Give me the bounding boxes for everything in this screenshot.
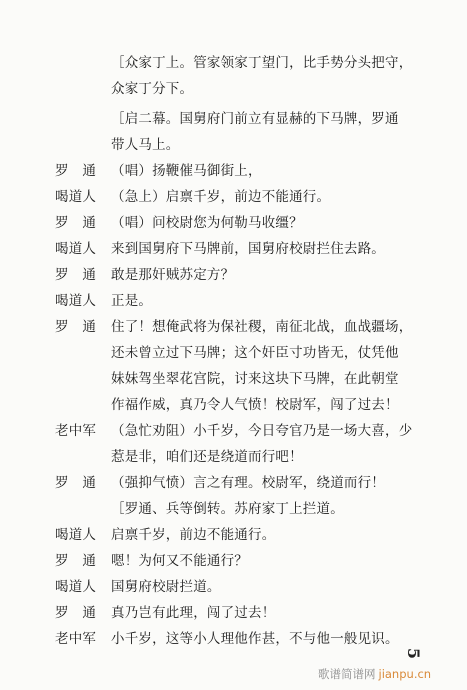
dialogue-line: （唱）扬鞭催马御街上，	[111, 162, 262, 180]
dialogue-line: 启禀千岁，前边不能通行。	[111, 526, 275, 544]
dialogue-line: 国舅府校尉拦道。	[111, 578, 221, 596]
page-number: 5	[404, 648, 423, 659]
watermark: 歌谱简谱网jianpu.cn	[318, 666, 431, 682]
dialogue-line: 正是。	[111, 292, 152, 310]
stage-direction: ［众家丁上。管家领家丁望门，比手势分头把守，	[111, 54, 412, 72]
stage-direction: 众家丁分下。	[111, 80, 193, 98]
stage-direction: 带人马上。	[111, 136, 180, 154]
speaker-label: 罗 通	[55, 266, 105, 284]
dialogue-line: 惹是非，咱们还是绕道而行吧！	[111, 448, 303, 466]
dialogue-line: （急上）启禀千岁，前边不能通行。	[111, 188, 330, 206]
speaker-label: 罗 通	[55, 318, 105, 336]
stage-direction: ［启二幕。国舅府门前立有显赫的下马牌，罗通	[111, 110, 399, 128]
watermark-cn: 歌谱简谱网	[318, 667, 376, 681]
dialogue-line: 还未曾立过下马牌；这个奸臣寸功皆无，仗凭他	[111, 344, 399, 362]
dialogue-line: 嗯！为何又不能通行？	[111, 552, 248, 570]
stage-direction: ［罗通、兵等倒转。苏府家丁上拦道。	[111, 500, 344, 518]
speaker-label: 喝道人	[55, 526, 105, 544]
speaker-label: 罗 通	[55, 214, 105, 232]
speaker-label: 罗 通	[55, 604, 105, 622]
speaker-label: 喝道人	[55, 188, 105, 206]
dialogue-line: 住了！想俺武将为保社稷，南征北战，血战疆场，	[111, 318, 412, 336]
dialogue-line: 来到国舅府下马牌前，国舅府校尉拦住去路。	[111, 240, 385, 258]
speaker-label: 罗 通	[55, 162, 105, 180]
speaker-label: 喝道人	[55, 292, 105, 310]
speaker-label: 喝道人	[55, 578, 105, 596]
speaker-label: 罗 通	[55, 474, 105, 492]
dialogue-line: 小千岁，这等小人理他作甚，不与他一般见识。	[111, 630, 399, 648]
dialogue-line: 妹妹驾坐翠花宫院，讨来这块下马牌，在此朝堂	[111, 370, 399, 388]
dialogue-line: （唱）问校尉您为何勒马收缰？	[111, 214, 303, 232]
dialogue-line: 敢是那奸贼苏定方？	[111, 266, 234, 284]
dialogue-line: 作福作威，真乃令人气愤！校尉军，闯了过去！	[111, 396, 399, 414]
speaker-label: 老中军	[55, 422, 105, 440]
speaker-label: 罗 通	[55, 552, 105, 570]
speaker-label: 老中军	[55, 630, 105, 648]
dialogue-line: 真乃岂有此理，闯了过去！	[111, 604, 275, 622]
dialogue-line: （急忙劝阻）小千岁，今日夸官乃是一场大喜，少	[111, 422, 412, 440]
watermark-url: jianpu.cn	[379, 667, 432, 681]
script-page: ［众家丁上。管家领家丁望门，比手势分头把守， 众家丁分下。 ［启二幕。国舅府门前…	[0, 0, 467, 690]
dialogue-line: （强抑气愤）言之有理。校尉军，绕道而行！	[111, 474, 385, 492]
speaker-label: 喝道人	[55, 240, 105, 258]
